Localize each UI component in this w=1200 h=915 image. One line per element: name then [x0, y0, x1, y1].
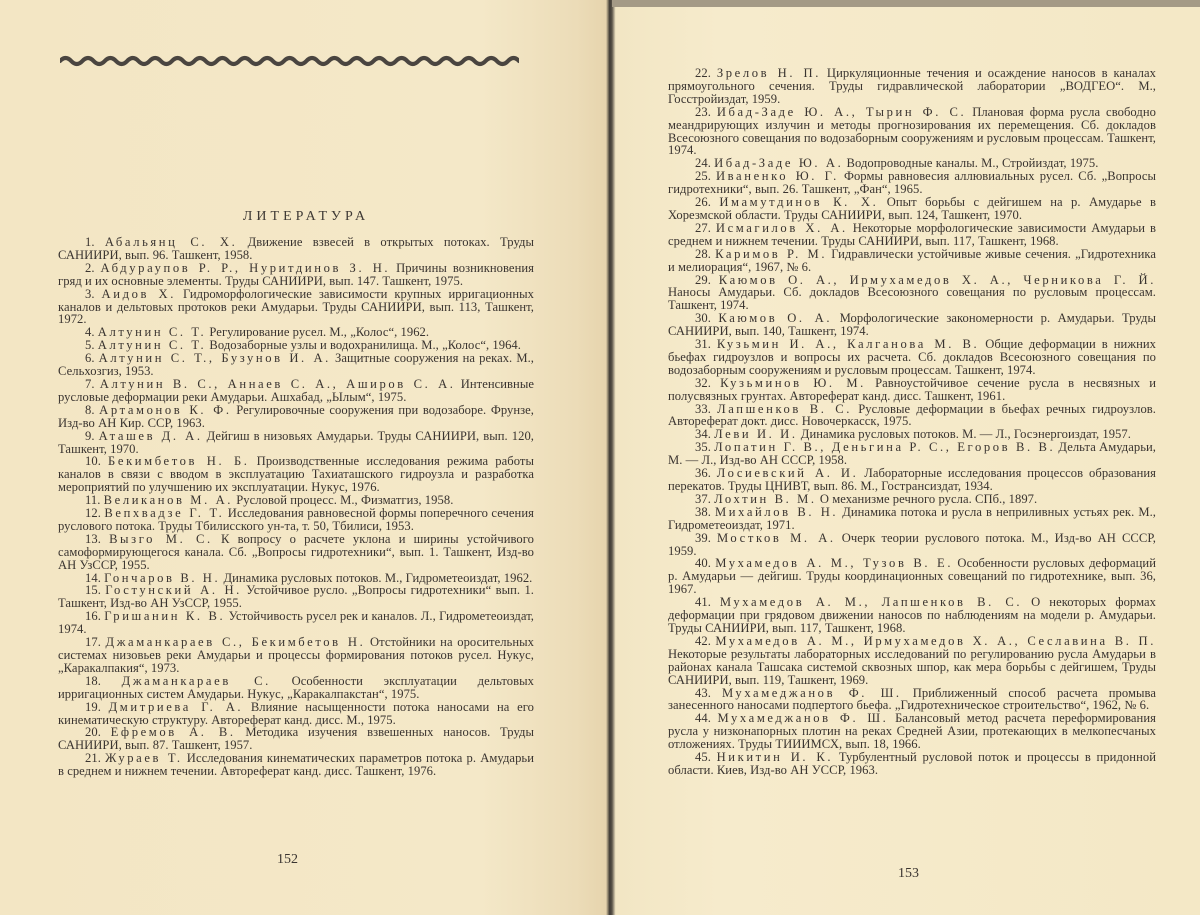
- reference-entry: 12. Вепхвадзе Г. Т. Исследования равнове…: [58, 507, 534, 533]
- reference-number: 24.: [695, 156, 714, 170]
- reference-text: Наносы Амударьи. Сб. докладов Всесоюзног…: [668, 285, 1156, 312]
- reference-entry: 38. Михайлов В. Н. Динамика потока и рус…: [668, 506, 1156, 532]
- reference-number: 9.: [85, 429, 99, 443]
- reference-number: 20.: [85, 725, 111, 739]
- reference-number: 40.: [695, 556, 715, 570]
- reference-author: Лапшенков В. С.: [717, 402, 852, 416]
- reference-text: Водопроводные каналы. М., Стройиздат, 19…: [843, 156, 1098, 170]
- reference-entry: 15. Гостунский А. Н. Устойчивое русло. „…: [58, 584, 534, 610]
- reference-number: 42.: [695, 634, 715, 648]
- reference-author: Иваненко Ю. Г.: [716, 169, 839, 183]
- reference-entry: 42. Мухамедов А. М., Ирмухамедов Х. А., …: [668, 635, 1156, 687]
- reference-number: 13.: [85, 532, 109, 546]
- reference-entry: 9. Аташев Д. А. Дейгиш в низовьях Амудар…: [58, 430, 534, 456]
- reference-entry: 29. Каюмов О. А., Ирмухамедов Х. А., Чер…: [668, 274, 1156, 313]
- reference-entry: 36. Лосиевский А. И. Лабораторные исслед…: [668, 467, 1156, 493]
- reference-entry: 22. Зрелов Н. П. Циркуляционные течения …: [668, 67, 1156, 106]
- reference-entry: 41. Мухамедов А. М., Лапшенков В. С. О н…: [668, 596, 1156, 635]
- reference-number: 14.: [85, 571, 104, 585]
- reference-number: 31.: [695, 337, 717, 351]
- reference-number: 43.: [695, 686, 722, 700]
- reference-entry: 16. Гришанин К. В. Устойчивость русел ре…: [58, 610, 534, 636]
- reference-author: Каюмов О. А., Ирмухамедов Х. А., Чернико…: [719, 273, 1156, 287]
- reference-number: 8.: [85, 403, 99, 417]
- reference-author: Ефремов А. В.: [111, 725, 236, 739]
- right-page: 22. Зрелов Н. П. Циркуляционные течения …: [614, 0, 1200, 915]
- reference-author: Мухамеджанов Ф. Ш.: [722, 686, 902, 700]
- reference-entry: 31. Кузьмин И. А., Калганова М. В. Общие…: [668, 338, 1156, 377]
- reference-number: 44.: [695, 711, 718, 725]
- reference-author: Великанов М. А.: [104, 493, 233, 507]
- reference-entry: 35. Лопатин Г. В., Деньгина Р. С., Егоро…: [668, 441, 1156, 467]
- reference-number: 27.: [695, 221, 716, 235]
- reference-number: 16.: [85, 609, 104, 623]
- reference-author: Бекимбетов Н. Б.: [108, 454, 249, 468]
- reference-number: 21.: [85, 751, 105, 765]
- reference-number: 17.: [85, 635, 106, 649]
- reference-number: 28.: [695, 247, 715, 261]
- reference-author: Аташев Д. А.: [99, 429, 203, 443]
- reference-author: Джаманкараев С.: [122, 674, 271, 688]
- reference-author: Дмитриева Г. А.: [109, 700, 244, 714]
- reference-author: Ибад-Заде Ю. А.: [714, 156, 843, 170]
- reference-entry: 39. Мостков М. А. Очерк теории руслового…: [668, 532, 1156, 558]
- reference-number: 7.: [85, 377, 100, 391]
- reference-text: Русловой процесс. М., Физматгиз, 1958.: [233, 493, 453, 507]
- reference-author: Абальянц С. Х.: [105, 235, 238, 249]
- reference-number: 22.: [695, 66, 717, 80]
- reference-text: Динамика русловых потоков. М., Гидромете…: [220, 571, 532, 585]
- reference-number: 4.: [85, 325, 98, 339]
- reference-number: 33.: [695, 402, 717, 416]
- reference-number: 25.: [695, 169, 716, 183]
- left-page: ЛИТЕРАТУРА 1. Абальянц С. Х. Движение вз…: [0, 0, 612, 915]
- bibliography-heading: ЛИТЕРАТУРА: [0, 209, 612, 225]
- reference-author: Жураев Т.: [105, 751, 183, 765]
- reference-entry: 40. Мухамедов А. М., Тузов В. Е. Особенн…: [668, 557, 1156, 596]
- reference-author: Кузьмин И. А., Калганова М. В.: [717, 337, 979, 351]
- reference-author: Исмагилов Х. А.: [716, 221, 848, 235]
- reference-entry: 32. Кузьминов Ю. М. Равноустойчивое сече…: [668, 377, 1156, 403]
- reference-entry: 2. Абдураупов Р. Р., Нуритдинов З. Н. Пр…: [58, 262, 534, 288]
- reference-author: Лохтин В. М.: [714, 492, 817, 506]
- reference-author: Гончаров В. Н.: [104, 571, 220, 585]
- reference-number: 23.: [695, 105, 717, 119]
- reference-number: 36.: [695, 466, 717, 480]
- reference-text: Динамика русловых потоков. М. — Л., Госэ…: [798, 427, 1131, 441]
- reference-text: О механизме речного русла. СПб., 1897.: [817, 492, 1038, 506]
- reference-entry: 8. Артамонов К. Ф. Регулировочные сооруж…: [58, 404, 534, 430]
- reference-number: 35.: [695, 440, 714, 454]
- reference-number: 2.: [85, 261, 101, 275]
- wavy-ornament-divider: [60, 55, 519, 67]
- reference-entry: 27. Исмагилов Х. А. Некоторые морфологич…: [668, 222, 1156, 248]
- reference-author: Алтунин С. Т.: [98, 325, 206, 339]
- reference-author: Мухамедов А. М., Ирмухамедов Х. А., Сесл…: [715, 634, 1156, 648]
- reference-entry: 33. Лапшенков В. С. Русловые деформации …: [668, 403, 1156, 429]
- reference-author: Алтунин С. Т.: [98, 338, 206, 352]
- reference-entry: 28. Каримов Р. М. Гидравлически устойчив…: [668, 248, 1156, 274]
- reference-entry: 23. Ибад-Заде Ю. А., Тырин Ф. С. Планова…: [668, 106, 1156, 158]
- reference-author: Каримов Р. М.: [715, 247, 827, 261]
- reference-number: 37.: [695, 492, 714, 506]
- reference-number: 39.: [695, 531, 717, 545]
- reference-number: 29.: [695, 273, 719, 287]
- reference-author: Каюмов О. А.: [718, 311, 832, 325]
- reference-number: 45.: [695, 750, 717, 764]
- reference-author: Имамутдинов К. Х.: [719, 195, 878, 209]
- reference-number: 10.: [85, 454, 108, 468]
- reference-number: 6.: [85, 351, 99, 365]
- reference-author: Мухамеджанов Ф. Ш.: [718, 711, 889, 725]
- reference-number: 5.: [85, 338, 98, 352]
- reference-author: Алтунин С. Т., Бузунов И. А.: [99, 351, 331, 365]
- reference-entry: 20. Ефремов А. В. Методика изучения взве…: [58, 726, 534, 752]
- reference-text: Некоторые результаты лабораторных исслед…: [668, 647, 1156, 687]
- reference-author: Абдураупов Р. Р., Нуритдинов З. Н.: [101, 261, 391, 275]
- reference-number: 3.: [85, 287, 102, 301]
- reference-author: Вызго М. С.: [109, 532, 213, 546]
- reference-author: Кузьминов Ю. М.: [720, 376, 866, 390]
- reference-list-right: 22. Зрелов Н. П. Циркуляционные течения …: [668, 67, 1156, 777]
- reference-entry: 1. Абальянц С. Х. Движение взвесей в отк…: [58, 236, 534, 262]
- reference-author: Мостков М. А.: [717, 531, 836, 545]
- reference-entry: 26. Имамутдинов К. Х. Опыт борьбы с дейг…: [668, 196, 1156, 222]
- reference-author: Алтунин В. С., Аннаев С. А., Аширов С. А…: [100, 377, 456, 391]
- reference-text: Регулирование русел. М., „Колос“, 1962.: [206, 325, 429, 339]
- book-spread: ЛИТЕРАТУРА 1. Абальянц С. Х. Движение вз…: [0, 0, 1200, 915]
- reference-author: Лопатин Г. В., Деньгина Р. С., Егоров В.…: [714, 440, 1055, 454]
- reference-entry: 45. Никитин И. К. Турбулентный русловой …: [668, 751, 1156, 777]
- reference-entry: 21. Жураев Т. Исследования кинематически…: [58, 752, 534, 778]
- reference-entry: 17. Джаманкараев С., Бекимбетов Н. Отсто…: [58, 636, 534, 675]
- reference-author: Ибад-Заде Ю. А., Тырин Ф. С.: [717, 105, 966, 119]
- reference-entry: 44. Мухамеджанов Ф. Ш. Балансовый метод …: [668, 712, 1156, 751]
- reference-number: 19.: [85, 700, 109, 714]
- reference-number: 15.: [85, 583, 105, 597]
- reference-entry: 43. Мухамеджанов Ф. Ш. Приближенный спос…: [668, 687, 1156, 713]
- reference-number: 1.: [85, 235, 105, 249]
- reference-author: Леви И. И.: [714, 427, 798, 441]
- reference-entry: 6. Алтунин С. Т., Бузунов И. А. Защитные…: [58, 352, 534, 378]
- reference-author: Лосиевский А. И.: [717, 466, 859, 480]
- reference-entry: 7. Алтунин В. С., Аннаев С. А., Аширов С…: [58, 378, 534, 404]
- reference-number: 12.: [85, 506, 104, 520]
- reference-text: Водозаборные узлы и водохранилища. М., „…: [206, 338, 521, 352]
- reference-author: Михайлов В. Н.: [715, 505, 838, 519]
- reference-author: Гришанин К. В.: [104, 609, 225, 623]
- reference-entry: 30. Каюмов О. А. Морфологические законом…: [668, 312, 1156, 338]
- reference-number: 34.: [695, 427, 714, 441]
- reference-number: 30.: [695, 311, 718, 325]
- reference-author: Мухамедов А. М., Тузов В. Е.: [715, 556, 953, 570]
- reference-author: Аидов Х.: [102, 287, 176, 301]
- reference-number: 18.: [85, 674, 122, 688]
- reference-entry: 3. Аидов Х. Гидроморфологические зависим…: [58, 288, 534, 327]
- reference-author: Джаманкараев С., Бекимбетов Н.: [106, 635, 366, 649]
- reference-author: Гостунский А. Н.: [105, 583, 242, 597]
- reference-number: 32.: [695, 376, 720, 390]
- reference-author: Никитин И. К.: [717, 750, 834, 764]
- reference-number: 41.: [695, 595, 720, 609]
- reference-entry: 10. Бекимбетов Н. Б. Производственные ис…: [58, 455, 534, 494]
- reference-number: 38.: [695, 505, 715, 519]
- reference-number: 26.: [695, 195, 719, 209]
- reference-author: Артамонов К. Ф.: [99, 403, 231, 417]
- reference-entry: 19. Дмитриева Г. А. Влияние насыщенности…: [58, 701, 534, 727]
- page-number-left: 152: [277, 852, 298, 868]
- reference-list-left: 1. Абальянц С. Х. Движение взвесей в отк…: [58, 236, 534, 778]
- reference-author: Зрелов Н. П.: [717, 66, 821, 80]
- reference-entry: 25. Иваненко Ю. Г. Формы равновесия аллю…: [668, 170, 1156, 196]
- reference-number: 11.: [85, 493, 104, 507]
- page-number-right: 153: [898, 866, 919, 882]
- reference-entry: 13. Вызго М. С. К вопросу о расчете укло…: [58, 533, 534, 572]
- reference-entry: 18. Джаманкараев С. Особенности эксплуат…: [58, 675, 534, 701]
- reference-author: Мухамедов А. М., Лапшенков В. С.: [720, 595, 1022, 609]
- reference-author: Вепхвадзе Г. Т.: [104, 506, 224, 520]
